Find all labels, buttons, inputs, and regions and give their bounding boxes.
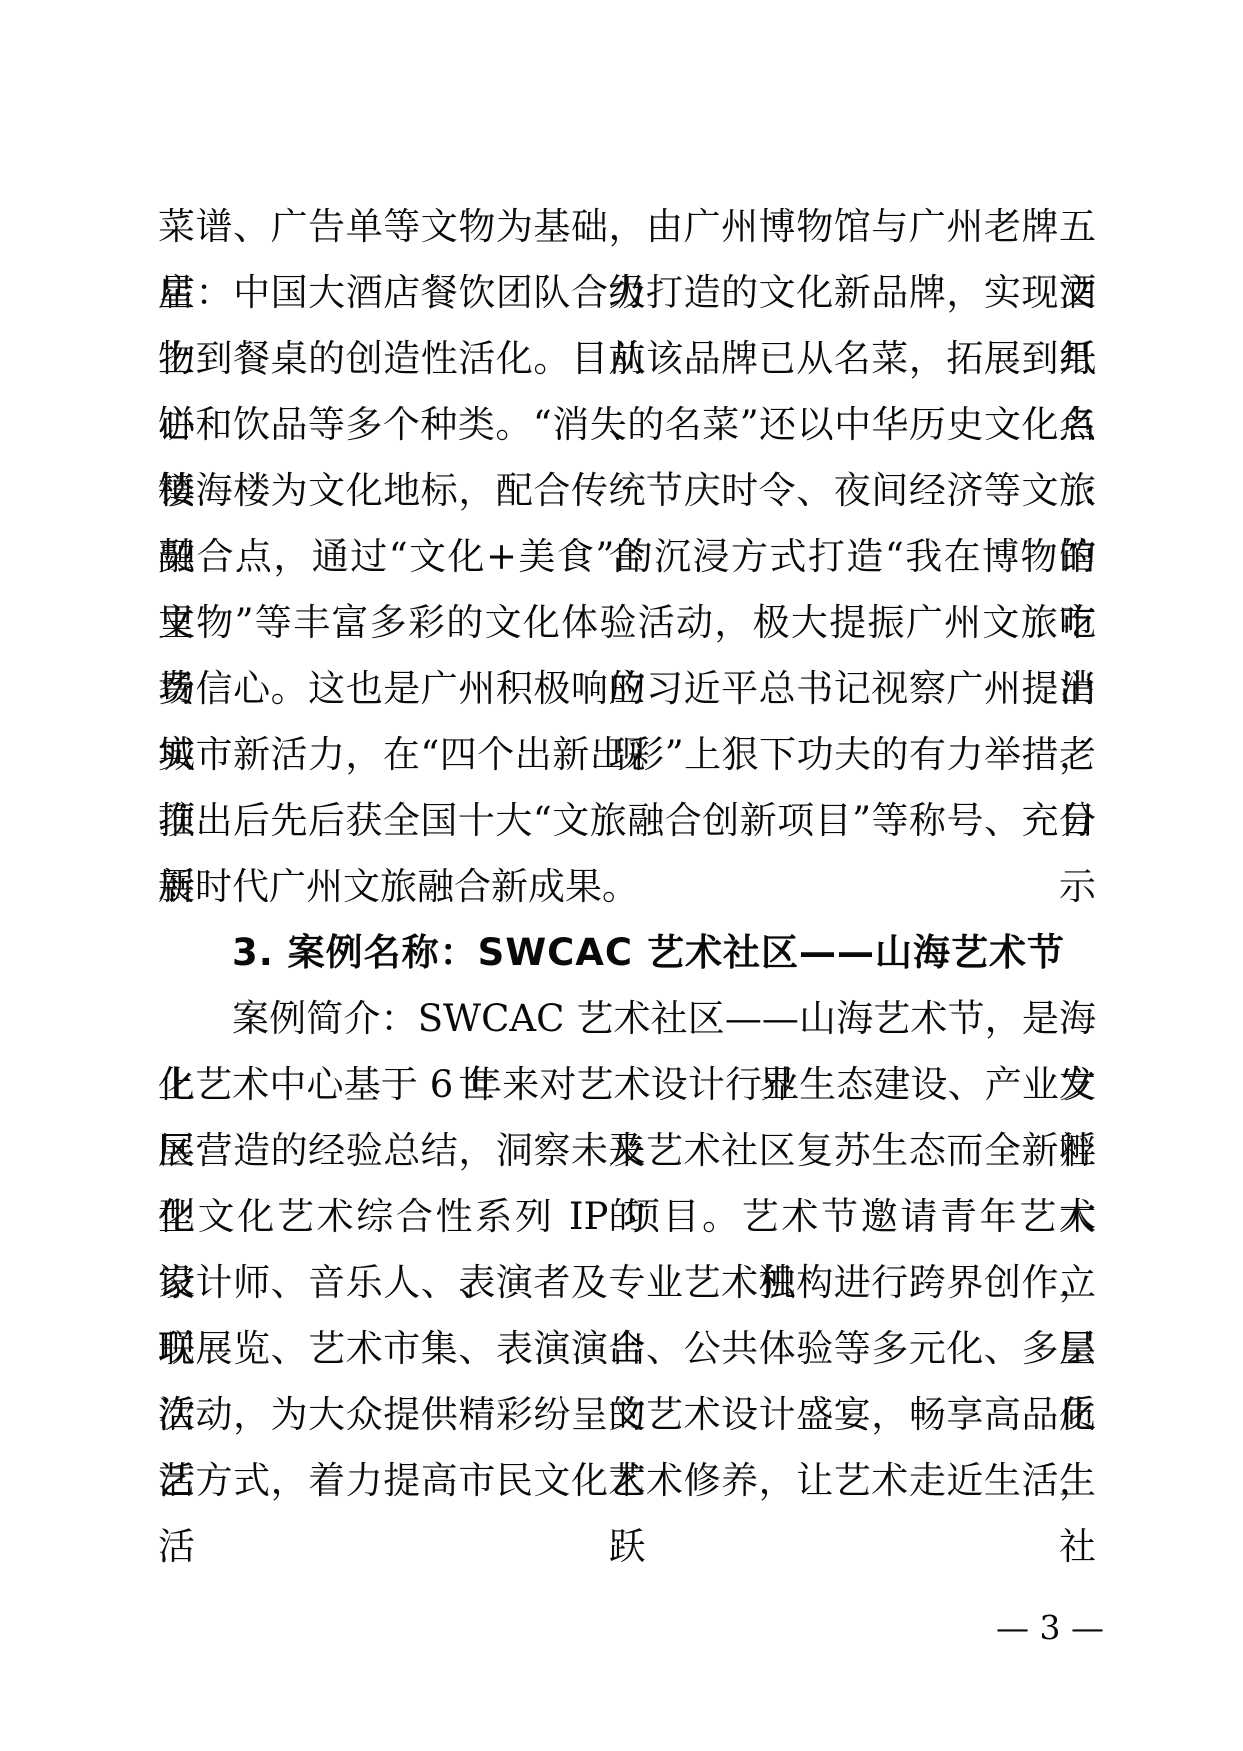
- page-number: — 3 —: [990, 1608, 1110, 1648]
- text-line: 费信心。这也是广州积极响应习近平总书记视察广州提出实现老: [158, 656, 1096, 722]
- section-heading: 3. 案例名称：SWCAC 艺术社区——山海艺术节: [158, 920, 1096, 986]
- text-line: 文物”等丰富多彩的文化体验活动，极大提振广州文旅市场的消: [158, 590, 1096, 656]
- text-line: 菜谱、广告单等文物为基础，由广州博物馆与广州老牌五星级酒: [158, 194, 1096, 260]
- text-line: 镇海楼为文化地标，配合传统节庆时令、夜间经济等文旅融合的: [158, 458, 1096, 524]
- document-page: 菜谱、广告单等文物为基础，由广州博物馆与广州老牌五星级酒 店：中国大酒店餐饮团队…: [0, 0, 1243, 1751]
- text-line: 店：中国大酒店餐饮团队合力打造的文化新品牌，实现文物从纸: [158, 260, 1096, 326]
- text-line: 推出后先后获全国十大“文旅融合创新项目”等称号、充分展示: [158, 788, 1096, 854]
- text-line: 心和饮品等多个种类。“消失的名菜”还以中华历史文化名楼:: [158, 392, 1096, 458]
- text-line: 化艺术中心基于 6 年来对艺术设计行业生态建设、产业发展及社: [158, 1052, 1096, 1118]
- text-line: 现展览、艺术市集、表演演出、公共体验等多元化、多层次文化: [158, 1316, 1096, 1382]
- text-line: 契合点，通过“文化+美食”的沉浸方式打造“我在博物馆里吃: [158, 524, 1096, 590]
- text-line: 设计师、音乐人、表演者及专业艺术机构进行跨界创作，联合呈: [158, 1250, 1096, 1316]
- text-line: 型文化艺术综合性系列 IP 项目。艺术节邀请青年艺术家、独立: [158, 1184, 1096, 1250]
- text-line: 上到餐桌的创造性活化。目前该品牌已从名菜，拓展到月饼、点: [158, 326, 1096, 392]
- text-line: 活动，为大众提供精彩纷呈的艺术设计盛宴，畅享高品质艺术生: [158, 1382, 1096, 1448]
- text-line: 城市新活力，在“四个出新出彩”上狠下功夫的有力举措，项目: [158, 722, 1096, 788]
- page-content: 菜谱、广告单等文物为基础，由广州博物馆与广州老牌五星级酒 店：中国大酒店餐饮团队…: [158, 194, 1096, 1514]
- text-line: 活方式，着力提高市民文化艺术修养，让艺术走近生活，活跃社: [158, 1448, 1096, 1514]
- text-line: 区营造的经验总结，洞察未来艺术社区复苏生态而全新孵化的大: [158, 1118, 1096, 1184]
- text-line: 案例简介：SWCAC 艺术社区——山海艺术节，是海上世界文: [158, 986, 1096, 1052]
